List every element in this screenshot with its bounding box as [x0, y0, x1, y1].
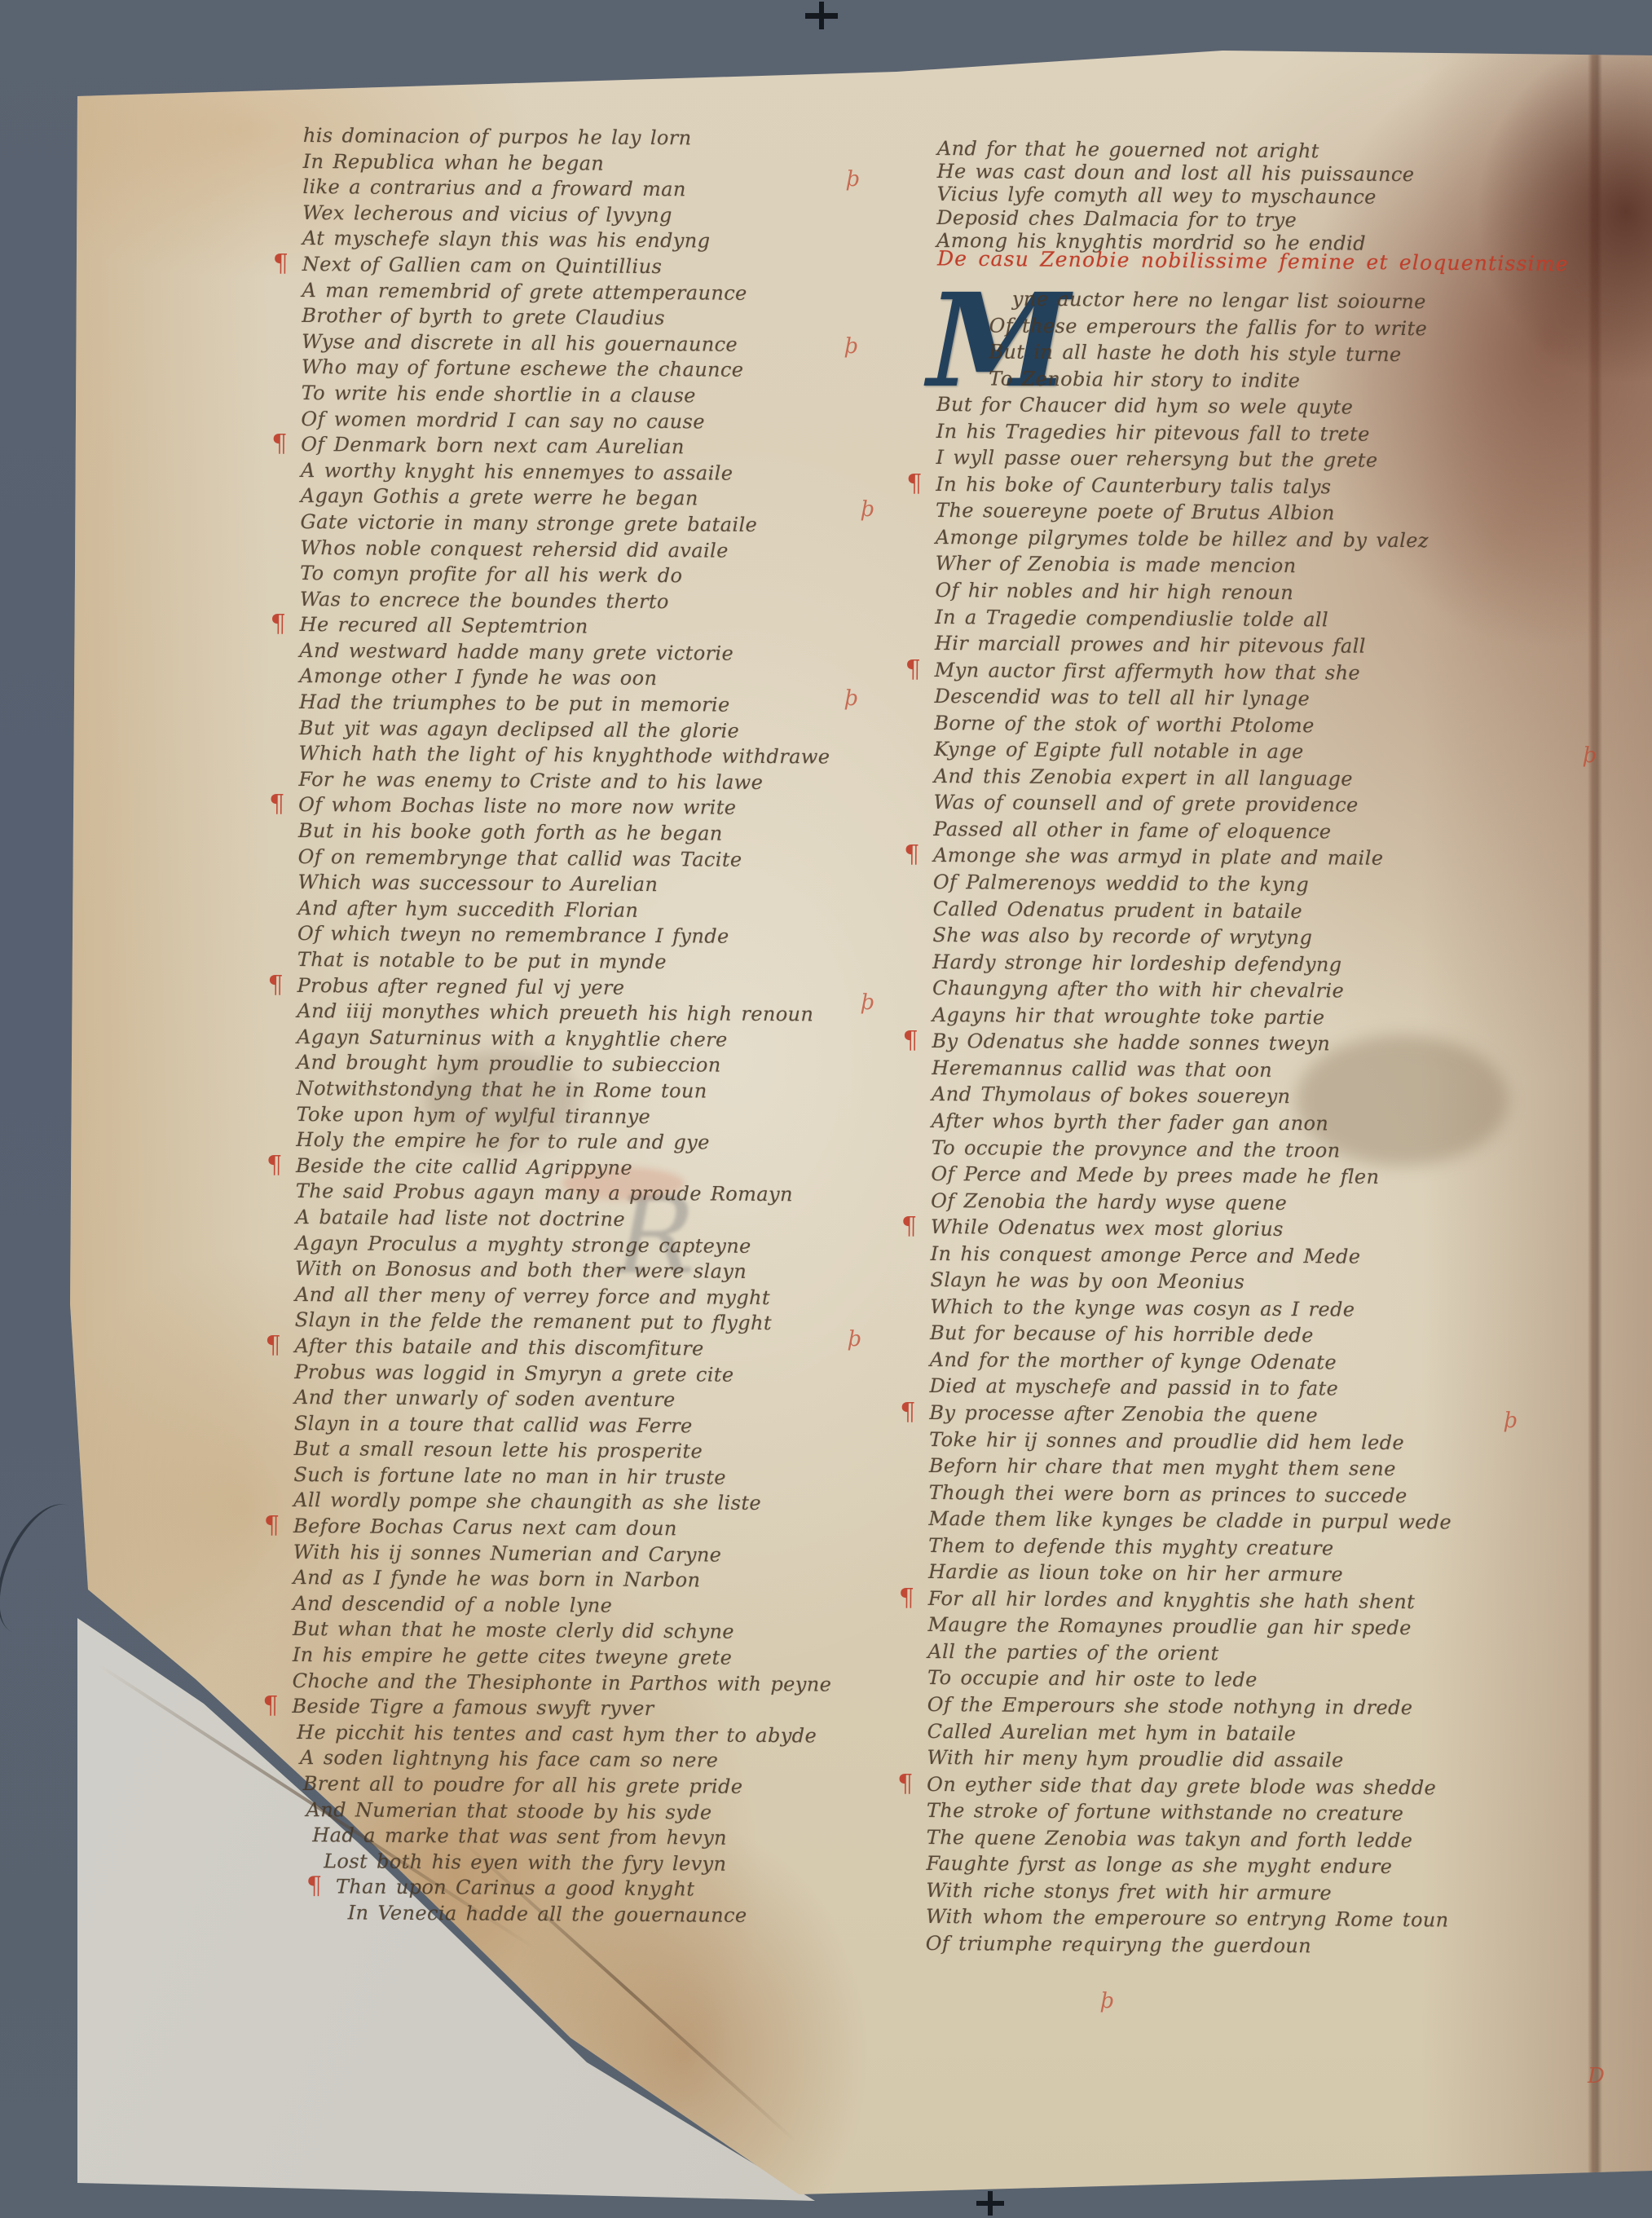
verse-line-text: He recured all Septemtrion — [300, 613, 588, 637]
verse-line: ¶ To write his ende shortlie in a clause — [302, 381, 921, 412]
paraph-icon: ¶ — [267, 1150, 282, 1179]
paraph-icon: ¶ — [273, 249, 289, 278]
verse-line-text: In Venecia hadde all the gouernaunce — [348, 1901, 747, 1926]
verse-line-text: Which was successour to Aurelian — [297, 871, 658, 896]
verse-line-text: Hardie as lioun toke on hir her armure — [928, 1560, 1343, 1586]
verse-line: ¶ like a contrarius and a froward man — [302, 175, 922, 205]
verse-line: ¶ Had a marke that was sent from hevyn — [312, 1823, 910, 1854]
verse-line-text: Of which tweyn no remembrance I fynde — [297, 922, 729, 948]
verse-line-text: A soden lightnyng his face cam so nere — [300, 1746, 718, 1772]
verse-line-text: I wyll passe ouer rehersyng but the gret… — [936, 446, 1377, 472]
verse-line: ¶ Than upon Carinus a good knyght — [336, 1876, 910, 1906]
verse-line-text: Whos noble conquest rehersid did availe — [300, 536, 729, 562]
verse-line-text: Amonge pilgrymes tolde be hillez and by … — [936, 526, 1429, 552]
verse-line-text: Of Perce and Mede by prees made he flen — [931, 1162, 1379, 1188]
verse-line-text: And brought hym proudlie to subieccion — [297, 1051, 721, 1077]
verse-line-text: Of Palmerenoys weddid to the kyng — [933, 871, 1309, 896]
verse-line-text: Who may of fortune eschewe the chaunce — [302, 355, 744, 381]
verse-line-text: Though thei were born as princes to succ… — [929, 1481, 1408, 1507]
verse-line-text: But a small resoun lette his prosperite — [294, 1437, 703, 1463]
verse-line-text: Agayn Gothis a grete werre he began — [301, 484, 698, 509]
verse-line-text: Called Odenatus prudent in bataile — [933, 897, 1303, 923]
verse-line-text: In a Tragedie compendiuslie tolde all — [935, 606, 1328, 631]
verse-line-text: Brent all to poudre for all his grete pr… — [303, 1772, 743, 1798]
verse-line: ¶ Brent all to poudre for all his grete … — [303, 1772, 911, 1802]
verse-line-text: Toke upon hym of wylful tirannye — [296, 1103, 650, 1128]
right-text-column: ¶ yne auctor here no lengar list soiourn… — [926, 287, 1606, 1963]
margin-paraph-icon: þ — [846, 167, 860, 192]
verse-line-text: Brother of byrth to grete Claudius — [302, 304, 665, 329]
verse-line-text: Made them like kynges be cladde in purpu… — [928, 1507, 1452, 1533]
verse-line-text: With whom the emperoure so entryng Rome … — [926, 1905, 1449, 1931]
manuscript-page-photo: R ¶ his dominacion of purpos he lay lorn… — [0, 0, 1652, 2218]
paraph-icon: ¶ — [265, 1331, 280, 1360]
verse-line-text: And for that he gouerned not aright — [937, 137, 1319, 162]
verse-line-text: But whan that he moste clerly did schyne — [293, 1617, 734, 1643]
verse-line-text: Wyse and discrete in all his gouernaunce — [302, 330, 738, 356]
verse-line-text: Heremannus callid was that oon — [932, 1056, 1272, 1082]
verse-line: ¶ That is notable to be put in mynde — [297, 948, 917, 978]
verse-line-text: To Zenobia hir story to indite — [989, 367, 1300, 392]
verse-line-text: Hir marciall prowes and hir pitevous fal… — [935, 632, 1366, 658]
verse-line-text: With hir meny hym proudlie did assaile — [927, 1746, 1343, 1772]
verse-line-text: In Republica whan he began — [303, 150, 605, 175]
verse-line-text: Borne of the stok of worthi Ptolome — [934, 712, 1315, 737]
verse-line-text: Vicius lyfe comyth all wey to myschaunce — [936, 183, 1377, 209]
verse-line-text: By processe after Zenobia the quene — [929, 1401, 1318, 1426]
verse-line-text: Agayns hir that wroughte toke partie — [932, 1003, 1325, 1029]
verse-line-text: Slayn in a toure that callid was Ferre — [294, 1412, 693, 1437]
verse-line-text: In his boke of Caunterbury talis talys — [936, 473, 1331, 498]
verse-line-text: With on Bonosus and both ther were slayn — [295, 1257, 747, 1283]
verse-line: ¶ At myschefe slayn this was his endyng — [302, 227, 922, 257]
verse-line-text: Beside the cite callid Agrippyne — [296, 1154, 632, 1180]
paraph-icon: ¶ — [271, 430, 287, 458]
verse-line-text: That is notable to be put in mynde — [297, 948, 667, 973]
verse-line: ¶ Beside Tigre a famous swyft ryver — [292, 1695, 911, 1725]
verse-line-text: Deposid ches Dalmacia for to trye — [936, 206, 1297, 232]
paraph-icon: ¶ — [269, 790, 284, 818]
verse-line-text: Passed all other in fame of eloquence — [933, 818, 1331, 843]
verse-line-text: Of on remembrynge that callid was Tacite — [298, 845, 742, 871]
verse-line: ¶ In Venecia hadde all the gouernaunce — [348, 1901, 910, 1930]
verse-line-text: And as I fynde he was born in Narbon — [293, 1566, 700, 1591]
verse-line-text: Amonge she was armyd in plate and maile — [933, 844, 1383, 870]
verse-line-text: A bataile had liste not doctrine — [296, 1206, 626, 1231]
verse-line-text: After this bataile and this discomfiture — [294, 1334, 703, 1360]
paraph-icon: ¶ — [905, 655, 921, 683]
verse-line-text: Faughte fyrst as longe as she myght endu… — [926, 1852, 1392, 1878]
verse-line: ¶ A soden lightnyng his face cam so nere — [300, 1746, 911, 1776]
margin-paraph-icon: þ — [844, 334, 858, 359]
verse-line: ¶ In his empire he gette cites tweyne gr… — [293, 1643, 912, 1673]
paraph-icon: ¶ — [306, 1872, 322, 1900]
verse-line-text: Descendid was to tell all hir lynage — [934, 685, 1310, 710]
verse-line: ¶ A bataile had liste not doctrine — [296, 1206, 915, 1236]
verse-line-text: To occupie and hir oste to lede — [927, 1666, 1258, 1691]
verse-line: ¶ But a small resoun lette his prosperit… — [294, 1437, 914, 1467]
verse-line-text: Toke hir ij sonnes and proudlie did hem … — [929, 1427, 1404, 1453]
verse-line: ¶ But in all haste he doth his style tur… — [989, 341, 1605, 372]
verse-line-text: Which to the kynge was cosyn as I rede — [930, 1295, 1355, 1321]
verse-line-text: Slayn he was by oon Meonius — [930, 1268, 1245, 1294]
verse-line-text: To comyn profite for all his werk do — [300, 562, 682, 587]
verse-line-text: While Odenatus wex most glorius — [931, 1215, 1284, 1241]
verse-line-text: Was to encrece the boundes therto — [300, 588, 669, 613]
paraph-icon: ¶ — [264, 1511, 280, 1540]
verse-line-text: Of the Emperours she stode nothyng in dr… — [927, 1693, 1413, 1719]
paraph-icon: ¶ — [904, 840, 919, 869]
paraph-icon: ¶ — [271, 610, 286, 638]
verse-line-text: With riche stonys fret with hir armure — [926, 1879, 1332, 1904]
registration-cross-icon — [805, 2, 838, 29]
verse-line: ¶ Agayn Gothis a grete werre he began — [301, 484, 920, 514]
verse-line-text: And this Zenobia expert in all language — [934, 765, 1353, 791]
verse-line: ¶ But in his booke goth forth as he bega… — [298, 819, 918, 849]
verse-line-text: A man remembrid of grete attemperaunce — [302, 279, 747, 305]
verse-line-text: All wordly pompe she chaungith as she li… — [293, 1488, 761, 1515]
verse-line-text: Before Bochas Carus next cam doun — [293, 1515, 677, 1540]
verse-line: ¶ yne auctor here no lengar list soiourn… — [1012, 288, 1606, 319]
verse-line-text: He was cast doun and lost all his puissa… — [937, 160, 1415, 186]
verse-line-text: And after hym succedith Florian — [297, 897, 638, 922]
verse-line: ¶ Gate victorie in many stronge grete ba… — [300, 510, 919, 540]
verse-line: ¶ To Zenobia hir story to indite — [989, 367, 1605, 398]
verse-line: ¶ Had the triumphes to be put in memorie — [299, 690, 919, 721]
margin-paraph-icon: þ — [1583, 743, 1597, 768]
verse-line: ¶ Which was successour to Aurelian — [297, 871, 917, 901]
verse-line: ¶ Brother of byrth to grete Claudius — [302, 304, 921, 334]
verse-line-text: Choche and the Thesiphonte in Parthos wi… — [293, 1669, 832, 1696]
verse-line-text: his dominacion of purpos he lay lorn — [303, 124, 692, 149]
verse-line-text: Than upon Carinus a good knyght — [336, 1876, 695, 1901]
verse-line: ¶ Of which tweyn no remembrance I fynde — [297, 922, 917, 952]
verse-line: ¶ And ther unwarly of soden aventure — [294, 1386, 914, 1416]
verse-line-text: Myn auctor first affermyth how that she — [935, 659, 1361, 685]
paraph-icon: ¶ — [262, 1691, 278, 1720]
verse-line-text: And all ther meny of verrey force and my… — [295, 1283, 770, 1309]
verse-line-text: Chaungyng after tho with hir chevalrie — [932, 977, 1344, 1003]
verse-line-text: But for because of his horrible dede — [930, 1321, 1314, 1347]
paraph-icon: ¶ — [901, 1212, 917, 1241]
margin-paraph-icon: þ — [1504, 1409, 1518, 1433]
verse-line-text: Was of counsell and of grete providence — [933, 791, 1358, 817]
paraph-icon: ¶ — [900, 1398, 915, 1426]
verse-line-text: Which hath the light of his knyghthode w… — [299, 742, 830, 769]
verse-line-text: And Thymolaus of bokes souereyn — [932, 1083, 1291, 1108]
verse-line-text: like a contrarius and a froward man — [302, 175, 686, 201]
verse-line-text: Beside Tigre a famous swyft ryver — [292, 1695, 654, 1720]
verse-line: ¶ To comyn profite for all his werk do — [300, 562, 919, 592]
verse-line-text: Kynge of Egipte full notable in age — [934, 738, 1304, 763]
verse-line: ¶ Of Denmark born next cam Aurelian — [301, 433, 920, 463]
verse-line: ¶ And iiij monythes which preueth his hi… — [297, 999, 916, 1030]
verse-line-text: A worthy knyght his ennemyes to assaile — [301, 459, 733, 485]
verse-line: ¶ Slayn in the felde the remanent put to… — [295, 1308, 914, 1338]
verse-line: ¶ Of these emperours the fallis for to w… — [989, 314, 1606, 345]
paraph-icon: ¶ — [268, 970, 284, 999]
verse-line-text: Probus after regned ful vj yere — [297, 974, 625, 999]
verse-line: ¶ With on Bonosus and both ther were sla… — [295, 1257, 914, 1287]
verse-line: ¶ And as I fynde he was born in Narbon — [293, 1566, 912, 1596]
verse-line-text: Lost both his eyen with the fyry levyn — [324, 1850, 726, 1875]
verse-line-text: With his ij sonnes Numerian and Caryne — [293, 1541, 722, 1567]
verse-line-text: At myschefe slayn this was his endyng — [302, 227, 711, 252]
verse-line-text: And descendid of a noble lyne — [293, 1592, 612, 1617]
verse-line: ¶ Who may of fortune eschewe the chaunce — [302, 355, 921, 386]
margin-paraph-icon: þ — [1100, 1989, 1114, 2013]
verse-line-text: Of triumphe requiryng the guerdoun — [926, 1932, 1311, 1957]
verse-line: ¶ his dominacion of purpos he lay lorn — [303, 124, 923, 154]
verse-line-text: Had the triumphes to be put in memorie — [299, 690, 730, 717]
verse-line-text: To write his ende shortlie in a clause — [302, 381, 696, 407]
verse-line: ¶ He recured all Septemtrion — [300, 613, 919, 643]
verse-line-text: Agayn Proculus a myghty stronge capteyne — [295, 1231, 751, 1257]
verse-line-text: Agayn Saturninus with a knyghtlie chere — [297, 1025, 728, 1052]
verse-line-text: In his conquest amonge Perce and Mede — [931, 1242, 1361, 1268]
verse-line-text: And for the morther of kynge Odenate — [930, 1348, 1337, 1374]
margin-paraph-icon: þ — [861, 990, 874, 1015]
verse-line-text: After whos byrth ther fader gan anon — [932, 1109, 1329, 1135]
verse-line-text: Amonge other I fynde he was oon — [299, 664, 657, 690]
verse-line-text: He picchit his tentes and cast hym ther … — [297, 1721, 817, 1747]
verse-line-text: Such is fortune late no man in hir trust… — [293, 1463, 726, 1489]
margin-paraph-icon: þ — [861, 497, 874, 522]
verse-line-text: She was also by recorde of wrytyng — [932, 924, 1312, 949]
verse-line: ¶ And brought hym proudlie to subieccion — [297, 1051, 916, 1081]
verse-line-text: Them to defende this myghty creature — [928, 1534, 1334, 1559]
verse-line-text: The stroke of fortune withstande no crea… — [927, 1799, 1403, 1825]
verse-line-text: Wher of Zenobia is made mencion — [936, 552, 1297, 577]
verse-line: ¶ After this bataile and this discomfitu… — [294, 1334, 914, 1365]
verse-line-text: The quene Zenobia was takyn and forth le… — [927, 1826, 1413, 1852]
verse-line: ¶ The said Probus agayn many a proude Ro… — [296, 1180, 915, 1210]
margin-paraph-icon: þ — [848, 1327, 861, 1352]
verse-line-text: Gate victorie in many stronge grete bata… — [300, 510, 757, 536]
verse-line-text: Of whom Bochas liste no more now write — [298, 793, 736, 819]
verse-line: ¶ But whan that he moste clerly did schy… — [293, 1617, 912, 1647]
verse-line-text: In his empire he gette cites tweyne gret… — [293, 1643, 733, 1669]
verse-line-text: All the parties of the orient — [927, 1640, 1218, 1665]
verse-line-text: The souereyne poete of Brutus Albion — [936, 499, 1335, 524]
verse-line-text: But in his booke goth forth as he began — [298, 819, 723, 845]
verse-line-text: Of hir nobles and hir high renoun — [935, 579, 1293, 604]
verse-line-text: And westward hadde many grete victorie — [299, 639, 733, 665]
verse-line-text: Of Denmark born next cam Aurelian — [301, 433, 685, 458]
paraph-icon: ¶ — [899, 1584, 914, 1612]
margin-paraph-icon: D — [1588, 2064, 1605, 2088]
paraph-icon: ¶ — [906, 470, 922, 498]
verse-line-text: But for Chaucer did hym so wele quyte — [936, 393, 1353, 419]
verse-line-text: Died at myschefe and passid in to fate — [929, 1374, 1338, 1400]
verse-line: ¶ Notwithstondyng that he in Rome toun — [297, 1077, 916, 1107]
verse-line-text: To occupie the provynce and the troon — [932, 1135, 1341, 1162]
paraph-icon: ¶ — [897, 1769, 913, 1797]
verse-line-text: Had a marke that was sent from hevyn — [312, 1823, 727, 1850]
verse-line-text: Probus was loggid in Smyryn a grete cite — [294, 1360, 733, 1386]
verse-line-text: Holy the empire he for to rule and gye — [296, 1128, 710, 1154]
verse-line-text: Notwithstondyng that he in Rome toun — [297, 1077, 707, 1103]
paraph-icon: ¶ — [902, 1026, 918, 1055]
verse-line-text: Of Zenobia the hardy wyse quene — [931, 1189, 1287, 1215]
verse-line-text: Wex lecherous and vicius of lyvyng — [302, 201, 672, 227]
verse-line-text: By Odenatus she hadde sonnes tweyn — [932, 1030, 1330, 1055]
verse-line-text: But yit was agayn declipsed all the glor… — [299, 717, 740, 743]
verse-line-text: For all hir lordes and knyghtis she hath… — [928, 1587, 1416, 1613]
verse-line: ¶ Of triumphe requiryng the guerdoun — [926, 1932, 1594, 1963]
verse-line-text: Beforn hir chare that men myght them sen… — [929, 1454, 1396, 1480]
right-text-column-upper: ¶ And for that he gouerned not aright ¶ … — [936, 137, 1589, 257]
margin-paraph-icon: þ — [844, 686, 858, 711]
verse-line-text: yne auctor here no lengar list soiourne — [1012, 288, 1426, 314]
verse-line-text: And ther unwarly of soden aventure — [294, 1386, 676, 1411]
verse-line: ¶ Holy the empire he for to rule and gye — [296, 1128, 915, 1158]
verse-line-text: Of women mordrid I can say no cause — [301, 408, 705, 433]
verse-line: ¶ Next of Gallien cam on Quintillius — [302, 253, 922, 283]
left-text-column: ¶ his dominacion of purpos he lay lorn ¶… — [291, 124, 923, 1931]
verse-line-text: But in all haste he doth his style turne — [989, 341, 1401, 367]
verse-line-text: Slayn in the felde the remanent put to f… — [295, 1308, 772, 1334]
verse-line-text: Hardy stronge hir lordeship defendyng — [932, 950, 1341, 977]
verse-line: ¶ Before Bochas Carus next cam doun — [293, 1515, 913, 1545]
verse-line: ¶ Which hath the light of his knyghthode… — [298, 742, 918, 772]
registration-cross-icon — [976, 2191, 1004, 2216]
verse-line-text: For he was enemy to Criste and to his la… — [298, 768, 763, 794]
verse-line-text: In his Tragedies hir pitevous fall to tr… — [936, 420, 1370, 446]
verse-line-text: And Numerian that stoode by his syde — [306, 1798, 711, 1823]
verse-line-text: Called Aurelian met hym in bataile — [927, 1719, 1297, 1744]
verse-line-text: Next of Gallien cam on Quintillius — [302, 253, 663, 278]
verse-line-text: On eyther side that day grete blode was … — [927, 1773, 1436, 1799]
verse-line-text: And iiij monythes which preueth his high… — [297, 999, 813, 1025]
verse-line-text: Of these emperours the fallis for to wri… — [989, 314, 1428, 340]
verse-line-text: Maugre the Romaynes proudlie gan hir spe… — [927, 1613, 1411, 1639]
verse-line-text: The said Probus agayn many a proude Roma… — [296, 1180, 793, 1206]
